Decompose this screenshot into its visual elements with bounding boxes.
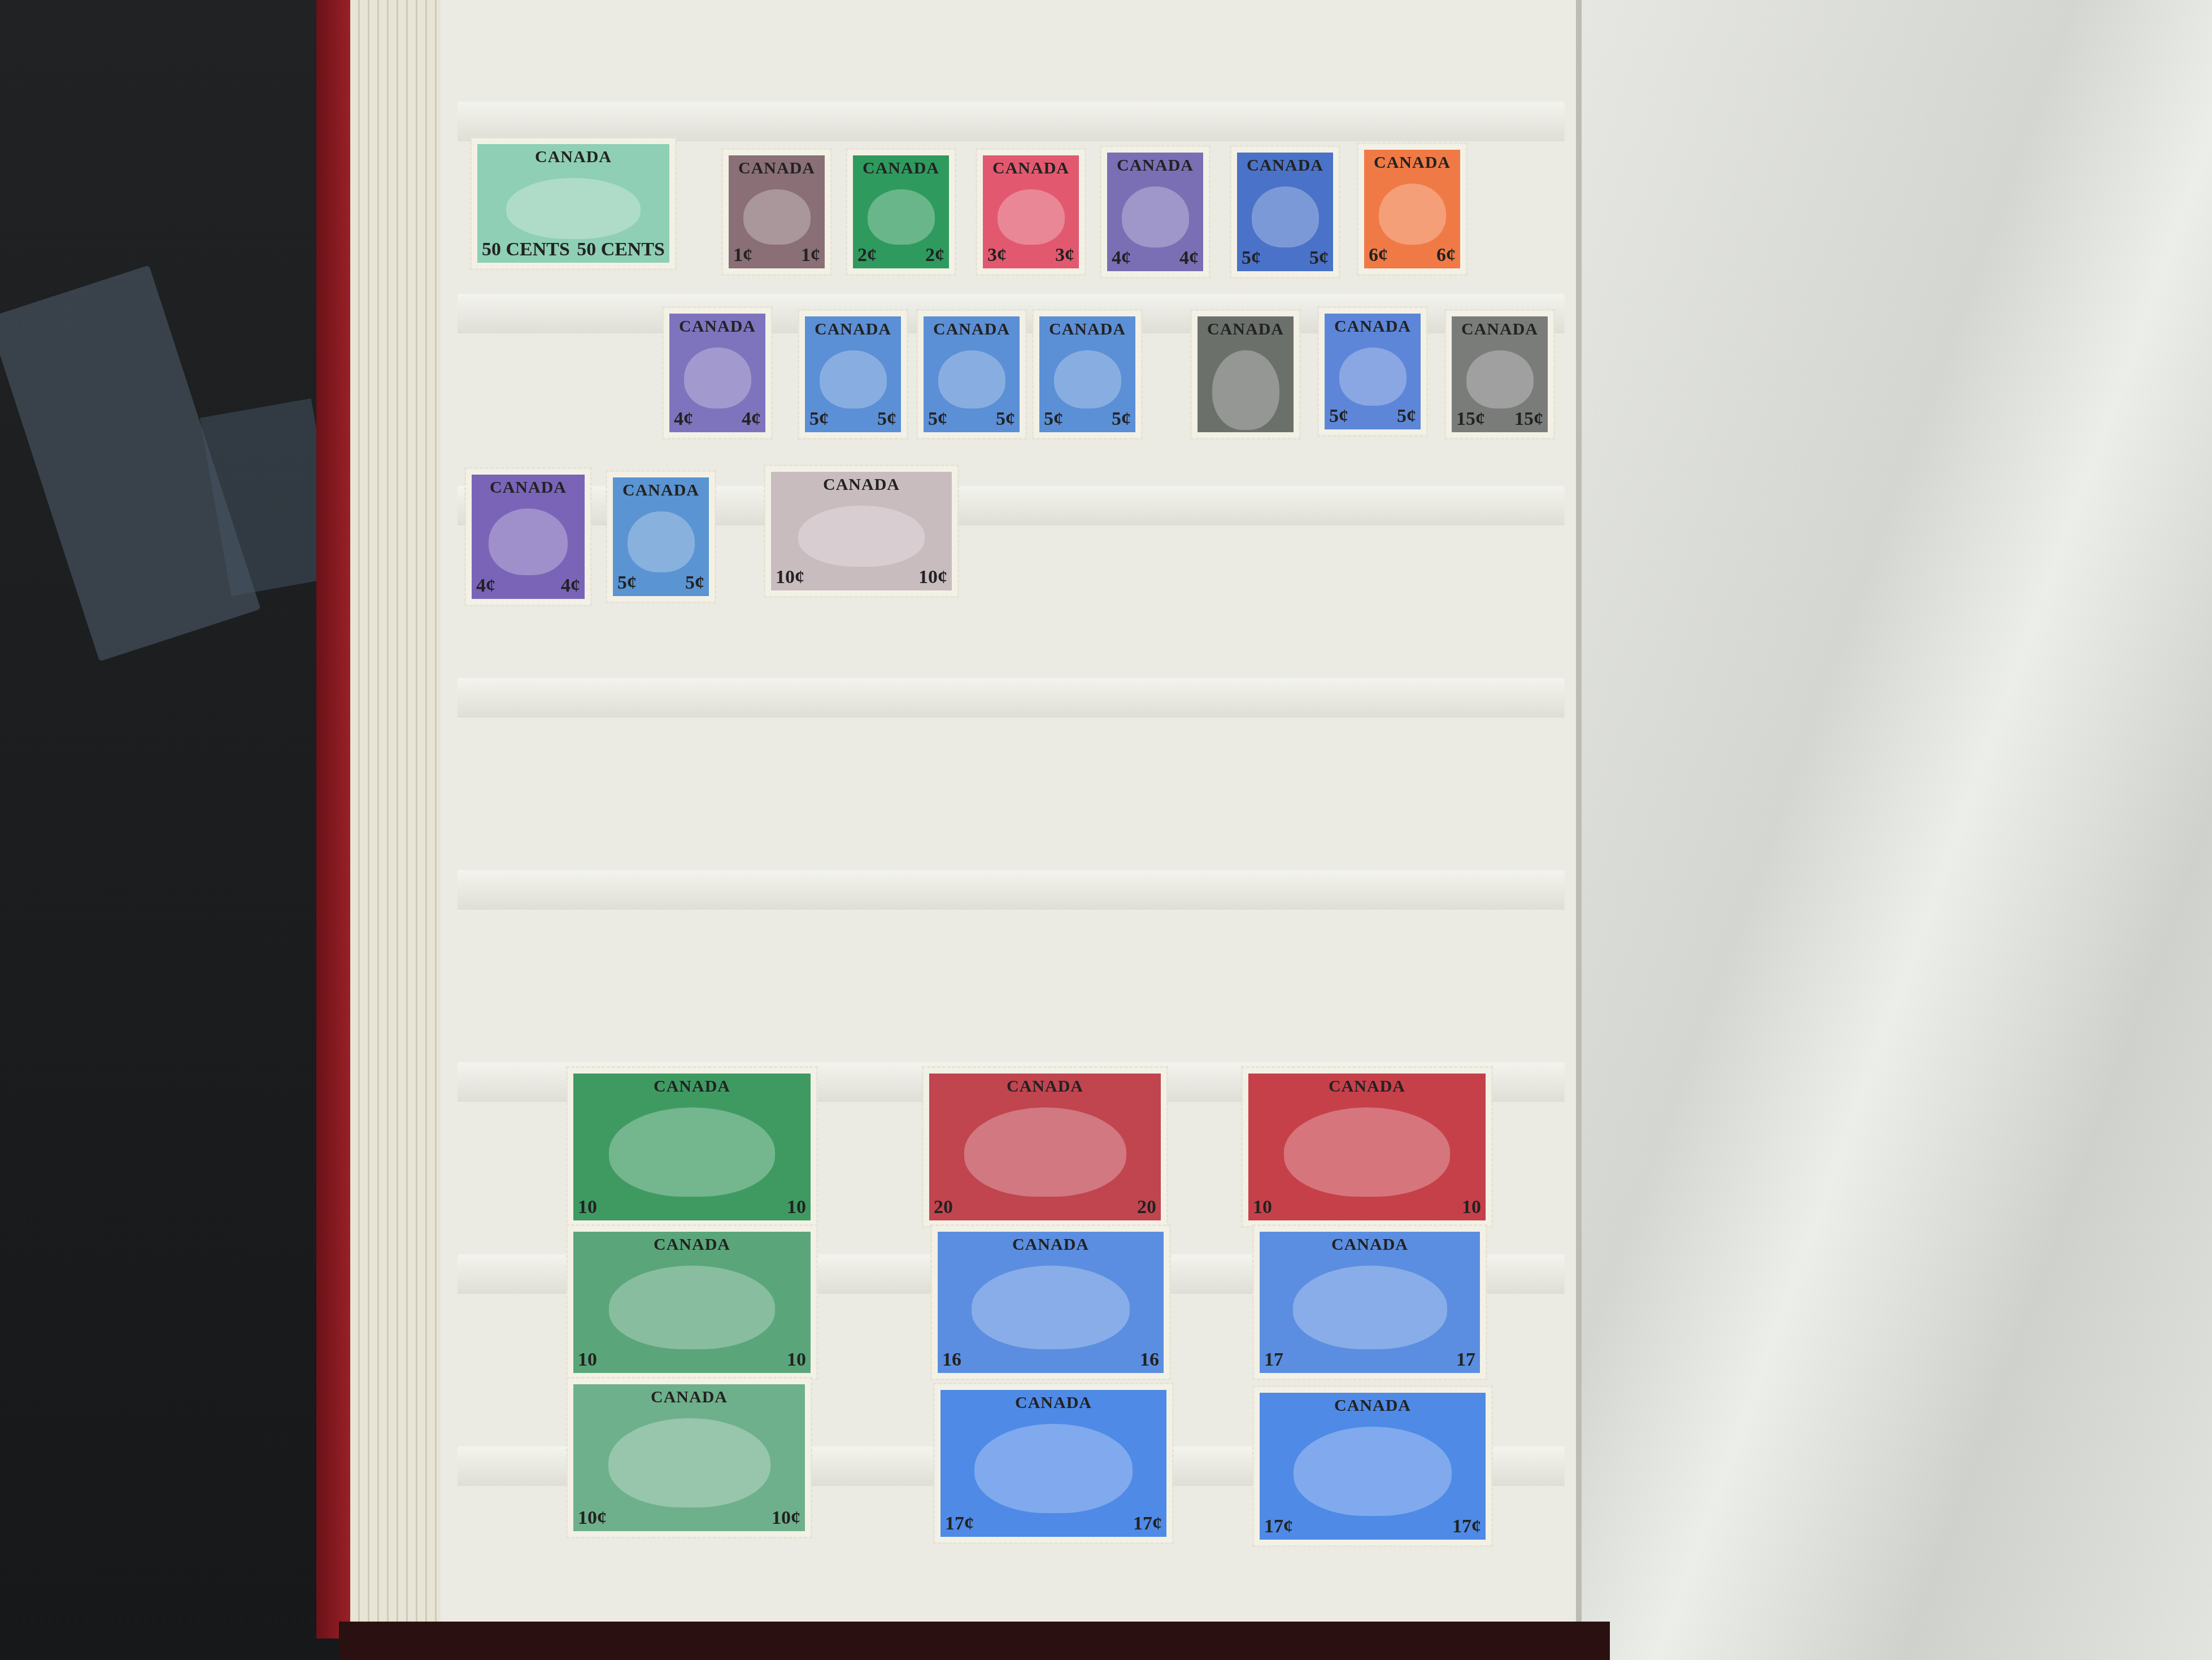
stamp-value: 3¢3¢ bbox=[983, 245, 1079, 268]
stamp-vignette bbox=[608, 1418, 770, 1507]
stamp-value: 17¢17¢ bbox=[940, 1513, 1166, 1537]
stamp: CANADA5¢5¢ bbox=[1231, 147, 1339, 277]
stamp-value: 5¢5¢ bbox=[1325, 406, 1421, 429]
stamp-value: 4¢4¢ bbox=[669, 409, 765, 432]
stamp-vignette bbox=[743, 189, 811, 245]
stamp-country: CANADA bbox=[1374, 153, 1451, 172]
stamp-vignette bbox=[998, 189, 1065, 245]
stamp-vignette bbox=[489, 509, 568, 575]
stamp-country: CANADA bbox=[1207, 320, 1284, 339]
stamp-country: CANADA bbox=[651, 1388, 728, 1407]
stamp-country: CANADA bbox=[1331, 1235, 1408, 1254]
stamp-vignette bbox=[1466, 350, 1534, 409]
stamp-vignette bbox=[1293, 1266, 1447, 1349]
stamp-value: 4¢4¢ bbox=[472, 575, 585, 599]
stamp-country: CANADA bbox=[654, 1235, 730, 1254]
stamp: CANADA bbox=[1192, 311, 1299, 438]
stamp-vignette bbox=[964, 1107, 1126, 1197]
stamp-strip bbox=[458, 678, 1565, 718]
stamp-country: CANADA bbox=[1247, 156, 1323, 175]
stamp: CANADA1010 bbox=[568, 1226, 816, 1379]
stamp-country: CANADA bbox=[933, 320, 1010, 339]
stamp: CANADA17¢17¢ bbox=[1254, 1387, 1491, 1545]
stamp-country: CANADA bbox=[654, 1077, 730, 1096]
stamp: CANADA5¢5¢ bbox=[1034, 311, 1141, 438]
stamp-country: CANADA bbox=[738, 159, 815, 178]
stamp-value: 4¢4¢ bbox=[1107, 247, 1203, 271]
stamp-strip bbox=[458, 102, 1565, 141]
stamp: CANADA5¢5¢ bbox=[918, 311, 1025, 438]
stamp-value bbox=[1198, 430, 1294, 432]
stamp: CANADA10¢10¢ bbox=[765, 466, 957, 596]
stamp-vignette bbox=[609, 1266, 775, 1349]
stamp-vignette bbox=[972, 1266, 1130, 1349]
stamp-vignette bbox=[1212, 350, 1279, 430]
stamp-vignette bbox=[1284, 1107, 1450, 1197]
stamp: CANADA5¢5¢ bbox=[607, 472, 715, 602]
stamp-value: 1010 bbox=[573, 1197, 811, 1220]
stamp: CANADA1¢1¢ bbox=[723, 150, 830, 274]
stamp-country: CANADA bbox=[815, 320, 891, 339]
stamp: CANADA4¢4¢ bbox=[664, 308, 771, 438]
stamp: CANADA2¢2¢ bbox=[847, 150, 955, 274]
stamp-value: 2¢2¢ bbox=[853, 245, 949, 268]
stamp-value: 15¢15¢ bbox=[1452, 409, 1548, 432]
stamp: CANADA5¢5¢ bbox=[799, 311, 907, 438]
stamp: CANADA3¢3¢ bbox=[977, 150, 1085, 274]
stamp: CANADA1717 bbox=[1254, 1226, 1486, 1379]
stamp-value: 1717 bbox=[1260, 1349, 1480, 1373]
stamp: CANADA1010 bbox=[568, 1068, 816, 1226]
stamp: CANADA50 CENTS50 CENTS bbox=[472, 138, 675, 268]
stamp: CANADA10¢10¢ bbox=[568, 1379, 811, 1537]
stamp-vignette bbox=[820, 350, 887, 409]
stamp-country: CANADA bbox=[1007, 1077, 1083, 1096]
stamp-country: CANADA bbox=[1117, 156, 1194, 175]
stamp-value: 5¢5¢ bbox=[805, 409, 901, 432]
stamp-country: CANADA bbox=[490, 478, 567, 497]
stamp-value: 5¢5¢ bbox=[613, 572, 709, 596]
stamp: CANADA17¢17¢ bbox=[935, 1384, 1172, 1542]
stamp-value: 1010 bbox=[573, 1349, 811, 1373]
stamp-vignette bbox=[1122, 186, 1189, 247]
stamp-country: CANADA bbox=[679, 317, 756, 336]
stamp-country: CANADA bbox=[863, 159, 939, 178]
stamp: CANADA6¢6¢ bbox=[1358, 144, 1466, 274]
stamp-value: 5¢5¢ bbox=[1039, 409, 1135, 432]
stamp-country: CANADA bbox=[1334, 1396, 1411, 1415]
stamp-value: 5¢5¢ bbox=[1237, 247, 1333, 271]
stamp-value: 1¢1¢ bbox=[729, 245, 825, 268]
stamp-vignette bbox=[628, 511, 695, 572]
stamp-value: 2020 bbox=[929, 1197, 1161, 1220]
table-surface bbox=[0, 0, 350, 1660]
glassine-interleaf bbox=[1582, 0, 2212, 1660]
stamp-vignette bbox=[938, 350, 1005, 409]
stamp-country: CANADA bbox=[823, 475, 900, 494]
stamp-strip bbox=[458, 870, 1565, 910]
stamp: CANADA4¢4¢ bbox=[1101, 147, 1209, 277]
stamp: CANADA1010 bbox=[1243, 1068, 1491, 1226]
stamp-vignette bbox=[1252, 186, 1319, 247]
stamp-country: CANADA bbox=[1334, 317, 1411, 336]
stamp-value: 17¢17¢ bbox=[1260, 1516, 1486, 1540]
stamp: CANADA4¢4¢ bbox=[466, 469, 590, 605]
stamp-value: 10¢10¢ bbox=[771, 567, 952, 590]
stamp-value: 1616 bbox=[938, 1349, 1164, 1373]
stamp-vignette bbox=[868, 189, 935, 245]
stamp-country: CANADA bbox=[1461, 320, 1538, 339]
stamp-vignette bbox=[1054, 350, 1121, 409]
stamp-value: 6¢6¢ bbox=[1364, 245, 1460, 268]
stamp-country: CANADA bbox=[1329, 1077, 1405, 1096]
stamp-value: 50 CENTS50 CENTS bbox=[477, 239, 669, 263]
stamp-value: 5¢5¢ bbox=[924, 409, 1020, 432]
stamp-vignette bbox=[1339, 347, 1407, 406]
stamp-vignette bbox=[506, 178, 641, 239]
album-bottom-edge bbox=[339, 1622, 1610, 1660]
stamp-country: CANADA bbox=[622, 481, 699, 500]
stamp-vignette bbox=[609, 1107, 775, 1197]
stamp-value: 1010 bbox=[1248, 1197, 1486, 1220]
stamp-country: CANADA bbox=[1012, 1235, 1089, 1254]
stamp-country: CANADA bbox=[1049, 320, 1126, 339]
stamp: CANADA1616 bbox=[932, 1226, 1169, 1379]
stamp: CANADA15¢15¢ bbox=[1446, 311, 1553, 438]
stamp: CANADA2020 bbox=[924, 1068, 1166, 1226]
stamp-vignette bbox=[1294, 1427, 1452, 1516]
stamp-country: CANADA bbox=[992, 159, 1069, 178]
stamp-country: CANADA bbox=[1015, 1393, 1092, 1413]
stamp-vignette bbox=[798, 506, 925, 567]
stamp-country: CANADA bbox=[535, 147, 612, 167]
stamp-value: 10¢10¢ bbox=[573, 1507, 805, 1531]
stamp-vignette bbox=[974, 1424, 1133, 1513]
stamp: CANADA5¢5¢ bbox=[1319, 308, 1426, 435]
stamp-vignette bbox=[1379, 184, 1446, 245]
stamp-vignette bbox=[684, 347, 751, 409]
